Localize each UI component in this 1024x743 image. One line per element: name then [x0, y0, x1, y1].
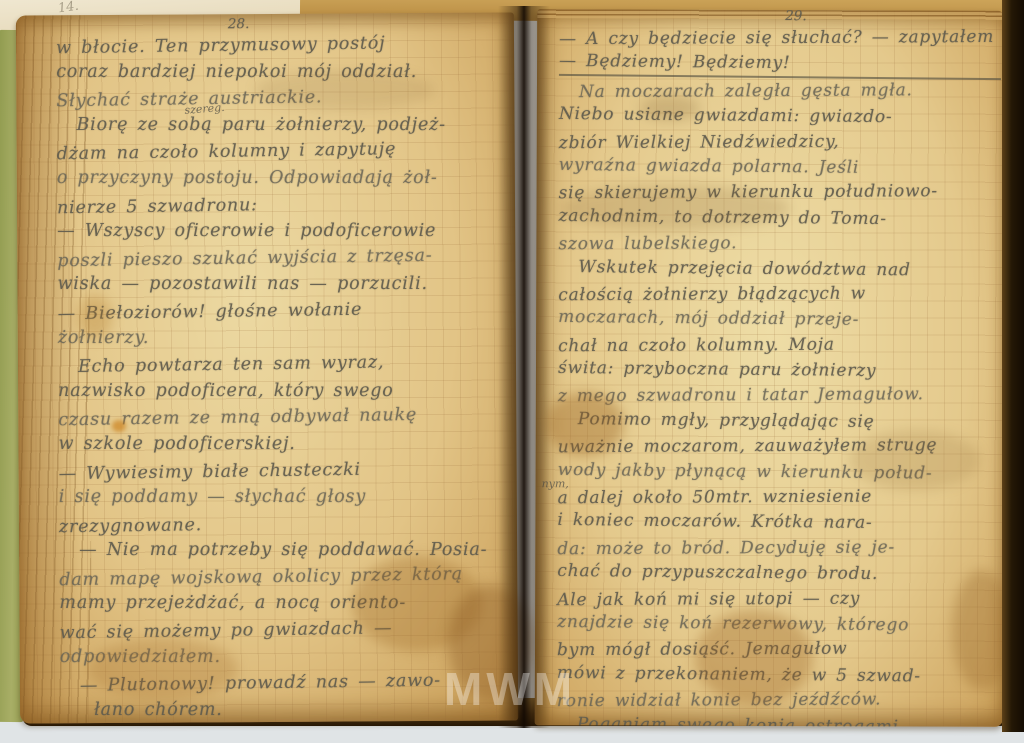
handwritten-line: nierze 5 szwadronu: [57, 188, 511, 221]
handwritten-line: w błocie. Ten przymusowy postój [56, 29, 510, 62]
handwritten-line: z mego szwadronu i tatar Jemagułow. [558, 382, 1000, 410]
handwritten-line: mówi z przekonaniem, że w 5 szwad- [557, 661, 999, 691]
handwritten-line: — Wywiesimy białe chusteczki [58, 454, 512, 487]
corner-scribble: 14. [57, 0, 80, 16]
handwritten-line: Pomimo mgły, przyglądając się [558, 407, 1000, 437]
handwritten-line: zachodnim, to dotrzemy do Toma- [558, 204, 1000, 234]
handwritten-line: o przyczyny postoju. Odpowiadają żoł- [57, 165, 511, 192]
handwritten-line: dam mapę wojskową okolicy przez którą [59, 560, 513, 593]
handwritten-line: — Wszyscy oficerowie i podoficerowie [57, 218, 511, 245]
archive-watermark: MWM [444, 662, 604, 716]
handwritten-line: całością żołnierzy błądzących w [558, 281, 1000, 309]
handwritten-line: w szkole podoficerskiej. [58, 431, 512, 458]
book-right-edge [1002, 0, 1024, 732]
right-page: 29. nym, — A czy będziecie się słuchać? … [535, 9, 1005, 727]
handwritten-line: i koniec moczarów. Krótka nara- [557, 508, 999, 538]
handwritten-line: chał na czoło kolumny. Moja [558, 332, 1000, 360]
handwritten-line: wyraźna gwiazda polarna. Jeśli [559, 153, 1001, 183]
left-page-text: w błocie. Ten przymusowy postój coraz ba… [16, 12, 518, 723]
handwritten-line: nazwisko podoficera, który swego [58, 378, 512, 405]
handwritten-line: da: może to bród. Decyduję się je- [557, 535, 999, 563]
handwritten-line: Echo powtarza ten sam wyraz, [58, 348, 512, 381]
handwritten-line: świta: przyboczna paru żołnierzy [558, 356, 1000, 386]
handwritten-line: moczarach, mój oddział przeje- [558, 305, 1000, 335]
handwritten-line: — Biełoziorów! głośne wołanie [57, 294, 511, 327]
handwritten-line: Na moczarach zaległa gęsta mgła. [559, 78, 1001, 106]
left-page: 28. szereg. w błocie. Ten przymusowy pos… [16, 12, 518, 723]
handwritten-line: Biorę ze sobą paru żołnierzy, podjeż- [57, 112, 511, 139]
handwritten-line: czasu razem ze mną odbywał naukę [58, 401, 512, 434]
handwritten-line: coraz bardziej niepokoi mój oddział. [56, 58, 510, 85]
handwritten-line: — A czy będziecie się słuchać? — zapytał… [559, 25, 1001, 53]
diary-photo: 14. 28. szereg. w błocie. Ten przymusowy… [0, 0, 1024, 743]
handwritten-line: uważnie moczarom, zauważyłem strugę [558, 433, 1000, 461]
handwritten-line: dżam na czoło kolumny i zapytuję [57, 135, 511, 168]
handwritten-line: Słychać straże austriackie. [56, 82, 510, 115]
handwritten-line: bym mógł dosiąść. Jemagułow [557, 636, 999, 664]
handwritten-line: zbiór Wielkiej Niedźwiedzicy, [559, 128, 1001, 156]
handwritten-line: Wskutek przejęcia dowództwa nad [558, 254, 1000, 284]
handwritten-line: Ale jak koń mi się utopi — czy [557, 585, 999, 613]
handwritten-line: mamy przejeżdżać, a nocą oriento- [59, 590, 513, 617]
handwritten-line: wać się możemy po gwiazdach — [59, 614, 513, 647]
handwritten-line: i się poddamy — słychać głosy [59, 484, 513, 511]
handwritten-line: zrezygnowane. [59, 507, 513, 540]
handwritten-line: się skierujemy w kierunku południowo- [559, 179, 1001, 207]
handwritten-line: Poganiam swego konia ostrogami [557, 711, 999, 726]
handwritten-line: żołnierzy. [58, 324, 512, 351]
handwritten-line: znajdzie się koń rezerwowy, którego [557, 610, 999, 640]
handwritten-line: szowa lubelskiego. [558, 230, 1000, 258]
handwritten-line: wiska — pozostawili nas — porzucili. [57, 271, 511, 298]
handwritten-line: a dalej około 50mtr. wzniesienie [557, 484, 999, 512]
handwritten-line: — Nie ma potrzeby się poddawać. Posia- [59, 537, 513, 564]
handwritten-line: poszli pieszo szukać wyjścia z trzęsa- [57, 241, 511, 274]
handwritten-line: chać do przypuszczalnego brodu. [557, 559, 999, 589]
handwritten-line-underlined: — Będziemy! Będziemy! [559, 49, 1001, 81]
handwritten-line: Niebo usiane gwiazdami: gwiazdo- [559, 102, 1001, 132]
handwritten-line: wody jakby płynącą w kierunku połud- [558, 458, 1000, 488]
right-page-text: — A czy będziecie się słuchać? — zapytał… [535, 9, 1005, 727]
handwritten-line: ronie widział konie bez jeźdźców. [557, 687, 999, 715]
